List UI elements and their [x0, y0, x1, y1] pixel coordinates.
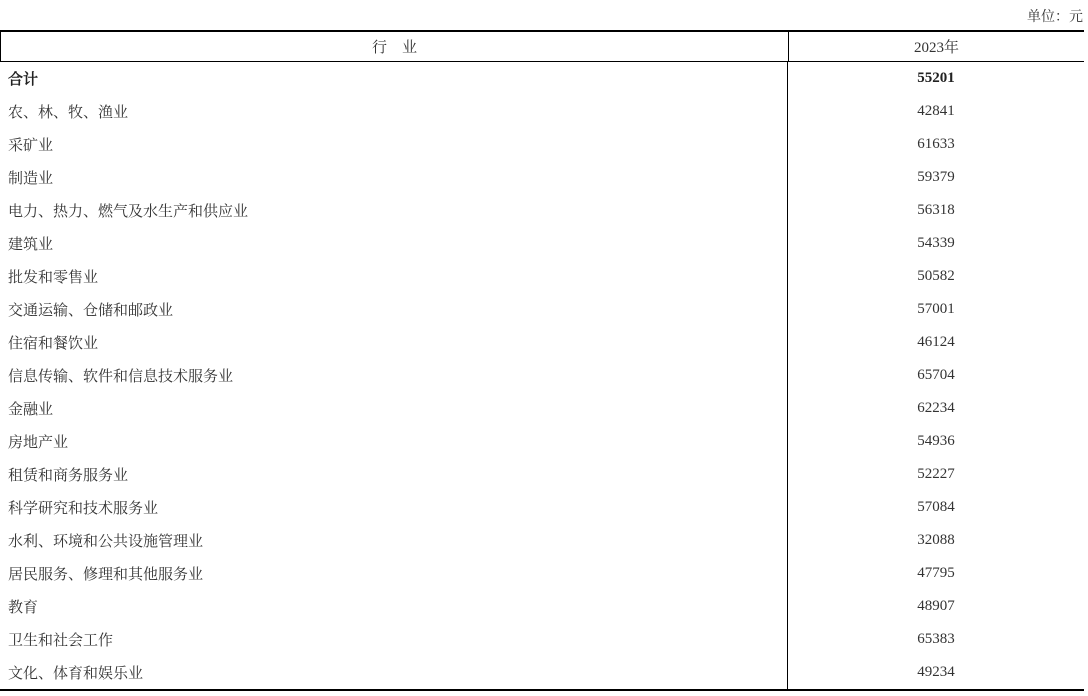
value-cell: 54936: [788, 425, 1084, 458]
table-row: 金融业62234: [0, 392, 1084, 425]
value-cell: 65383: [788, 623, 1084, 656]
value-cell: 65704: [788, 359, 1084, 392]
value-cell: 52227: [788, 458, 1084, 491]
unit-label: 单位：元: [1027, 6, 1083, 26]
table-row: 文化、体育和娱乐业49234: [0, 656, 1084, 689]
value-cell: 54339: [788, 227, 1084, 260]
page: 单位：元 行 业 2023年 合计55201农、林、牧、渔业42841采矿业61…: [0, 0, 1088, 696]
industry-cell: 房地产业: [0, 425, 788, 458]
table-row: 批发和零售业50582: [0, 260, 1084, 293]
industry-cell: 批发和零售业: [0, 260, 788, 293]
industry-cell: 建筑业: [0, 227, 788, 260]
industry-cell: 科学研究和技术服务业: [0, 491, 788, 524]
industry-cell: 住宿和餐饮业: [0, 326, 788, 359]
industry-cell: 文化、体育和娱乐业: [0, 656, 788, 689]
value-cell: 47795: [788, 557, 1084, 590]
value-cell: 57084: [788, 491, 1084, 524]
table-row: 居民服务、修理和其他服务业47795: [0, 557, 1084, 590]
industry-cell: 信息传输、软件和信息技术服务业: [0, 359, 788, 392]
value-cell: 59379: [788, 161, 1084, 194]
industry-cell: 制造业: [0, 161, 788, 194]
industry-cell: 电力、热力、燃气及水生产和供应业: [0, 194, 788, 227]
value-cell: 48907: [788, 590, 1084, 623]
industry-cell: 卫生和社会工作: [0, 623, 788, 656]
table-row: 租赁和商务服务业52227: [0, 458, 1084, 491]
industry-cell: 交通运输、仓储和邮政业: [0, 293, 788, 326]
industry-cell: 合计: [0, 62, 788, 95]
industry-cell: 居民服务、修理和其他服务业: [0, 557, 788, 590]
table-row: 采矿业61633: [0, 128, 1084, 161]
industry-wage-table: 行 业 2023年 合计55201农、林、牧、渔业42841采矿业61633制造…: [0, 30, 1084, 691]
value-cell: 55201: [788, 62, 1084, 95]
value-cell: 56318: [788, 194, 1084, 227]
value-cell: 62234: [788, 392, 1084, 425]
table-row: 电力、热力、燃气及水生产和供应业56318: [0, 194, 1084, 227]
table-row: 建筑业54339: [0, 227, 1084, 260]
header-industry-column: 行 业: [1, 32, 789, 61]
table-row: 合计55201: [0, 62, 1084, 95]
table-row: 农、林、牧、渔业42841: [0, 95, 1084, 128]
industry-cell: 教育: [0, 590, 788, 623]
value-cell: 32088: [788, 524, 1084, 557]
value-cell: 46124: [788, 326, 1084, 359]
value-cell: 49234: [788, 656, 1084, 689]
table-row: 交通运输、仓储和邮政业57001: [0, 293, 1084, 326]
value-cell: 61633: [788, 128, 1084, 161]
table-row: 房地产业54936: [0, 425, 1084, 458]
table-row: 教育48907: [0, 590, 1084, 623]
industry-cell: 水利、环境和公共设施管理业: [0, 524, 788, 557]
industry-cell: 金融业: [0, 392, 788, 425]
header-year-column: 2023年: [789, 32, 1084, 61]
table-row: 水利、环境和公共设施管理业32088: [0, 524, 1084, 557]
table-header-row: 行 业 2023年: [0, 32, 1084, 62]
value-cell: 42841: [788, 95, 1084, 128]
table-row: 卫生和社会工作65383: [0, 623, 1084, 656]
industry-cell: 采矿业: [0, 128, 788, 161]
table-body: 合计55201农、林、牧、渔业42841采矿业61633制造业59379电力、热…: [0, 62, 1084, 689]
industry-cell: 租赁和商务服务业: [0, 458, 788, 491]
table-row: 制造业59379: [0, 161, 1084, 194]
table-row: 信息传输、软件和信息技术服务业65704: [0, 359, 1084, 392]
industry-cell: 农、林、牧、渔业: [0, 95, 788, 128]
value-cell: 57001: [788, 293, 1084, 326]
table-row: 住宿和餐饮业46124: [0, 326, 1084, 359]
value-cell: 50582: [788, 260, 1084, 293]
table-row: 科学研究和技术服务业57084: [0, 491, 1084, 524]
